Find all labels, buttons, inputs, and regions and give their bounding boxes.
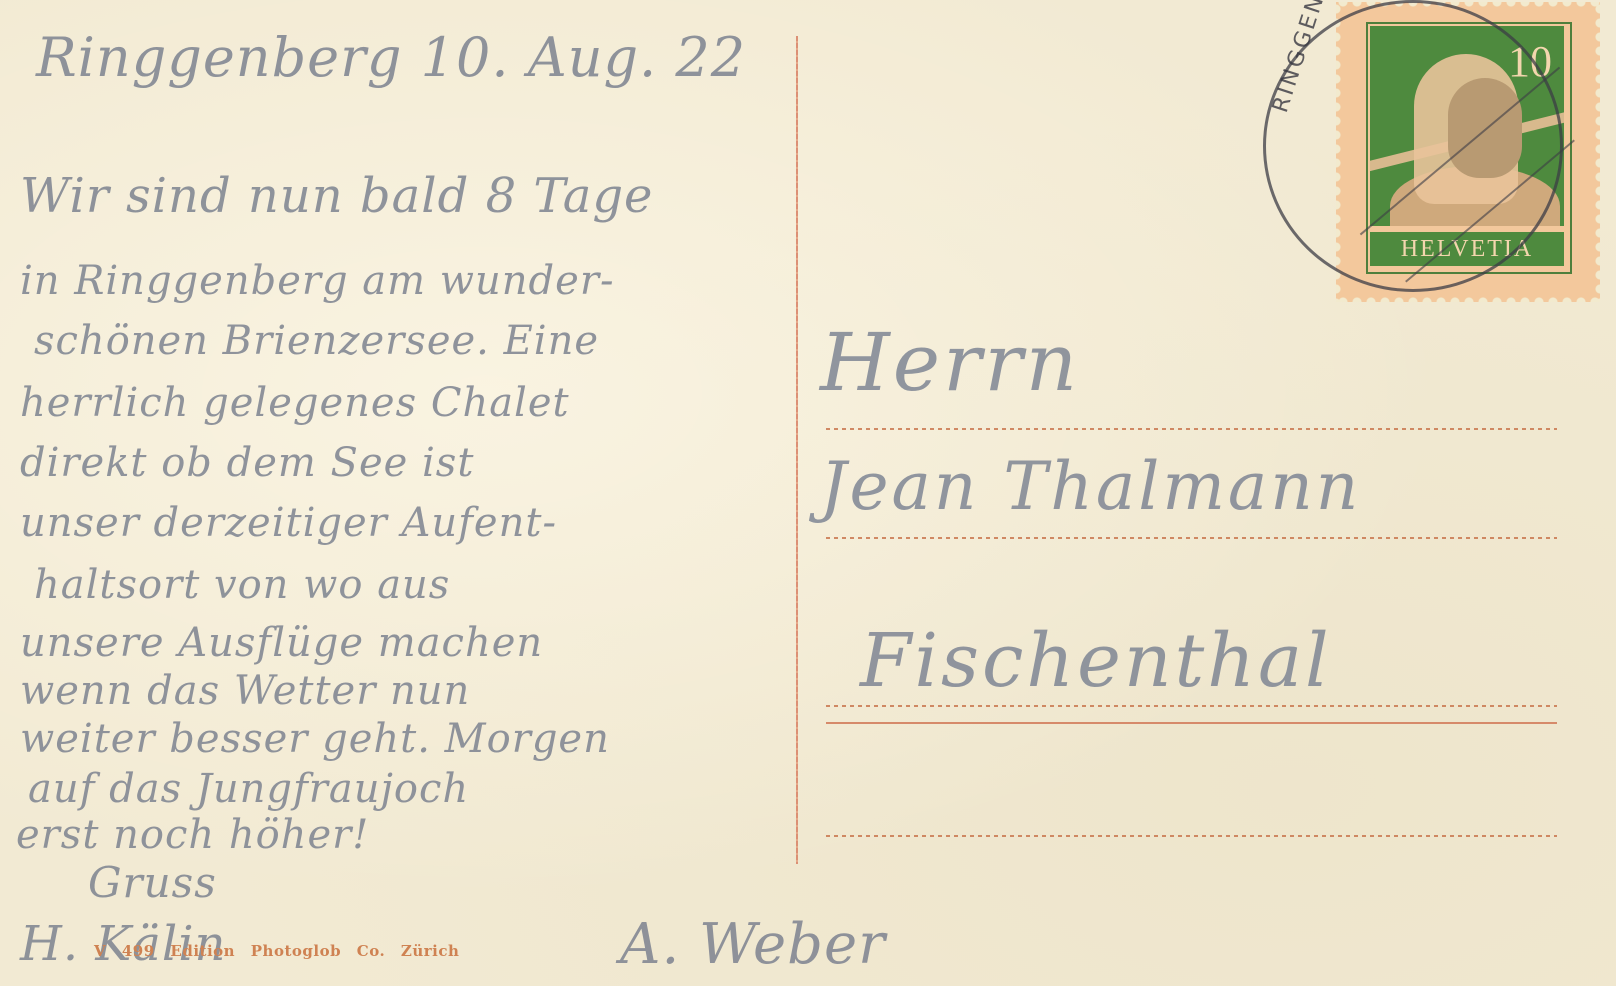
message-line: unsere Ausflüge machen (20, 620, 543, 666)
message-line: weiter besser geht. Morgen (20, 716, 610, 762)
address-city: Fischenthal (860, 618, 1332, 704)
message-line: direkt ob dem See ist (20, 440, 474, 486)
message-closing: Gruss (88, 858, 217, 907)
message-line: wenn das Wetter nun (20, 668, 470, 714)
address-name: Jean Thalmann (820, 448, 1361, 525)
message-line: in Ringgenberg am wunder- (20, 258, 614, 304)
postcard-back: Ringgenberg 10. Aug. 22 Wir sind nun bal… (0, 0, 1616, 986)
address-rule-solid (826, 722, 1557, 724)
message-header: Ringgenberg 10. Aug. 22 (36, 26, 746, 89)
address-rule-3 (826, 705, 1557, 707)
center-divider (796, 36, 798, 864)
address-rule-1 (826, 428, 1557, 430)
address-rule-4 (826, 835, 1557, 837)
message-line: schönen Brienzersee. Eine (34, 318, 599, 364)
message-line: haltsort von wo aus (34, 562, 450, 608)
address-rule-2 (826, 537, 1557, 539)
signature: A. Weber (620, 912, 886, 977)
message-line: herrlich gelegenes Chalet (20, 380, 570, 426)
publisher-imprint: V 499 Edition Photoglob Co. Zürich (94, 942, 459, 960)
message-line: erst noch höher! (16, 812, 369, 858)
message-line: unser derzeitiger Aufent- (20, 500, 557, 546)
address-salutation: Herrn (820, 316, 1080, 409)
message-line: auf das Jungfraujoch (28, 766, 469, 812)
message-line: Wir sind nun bald 8 Tage (20, 168, 653, 224)
